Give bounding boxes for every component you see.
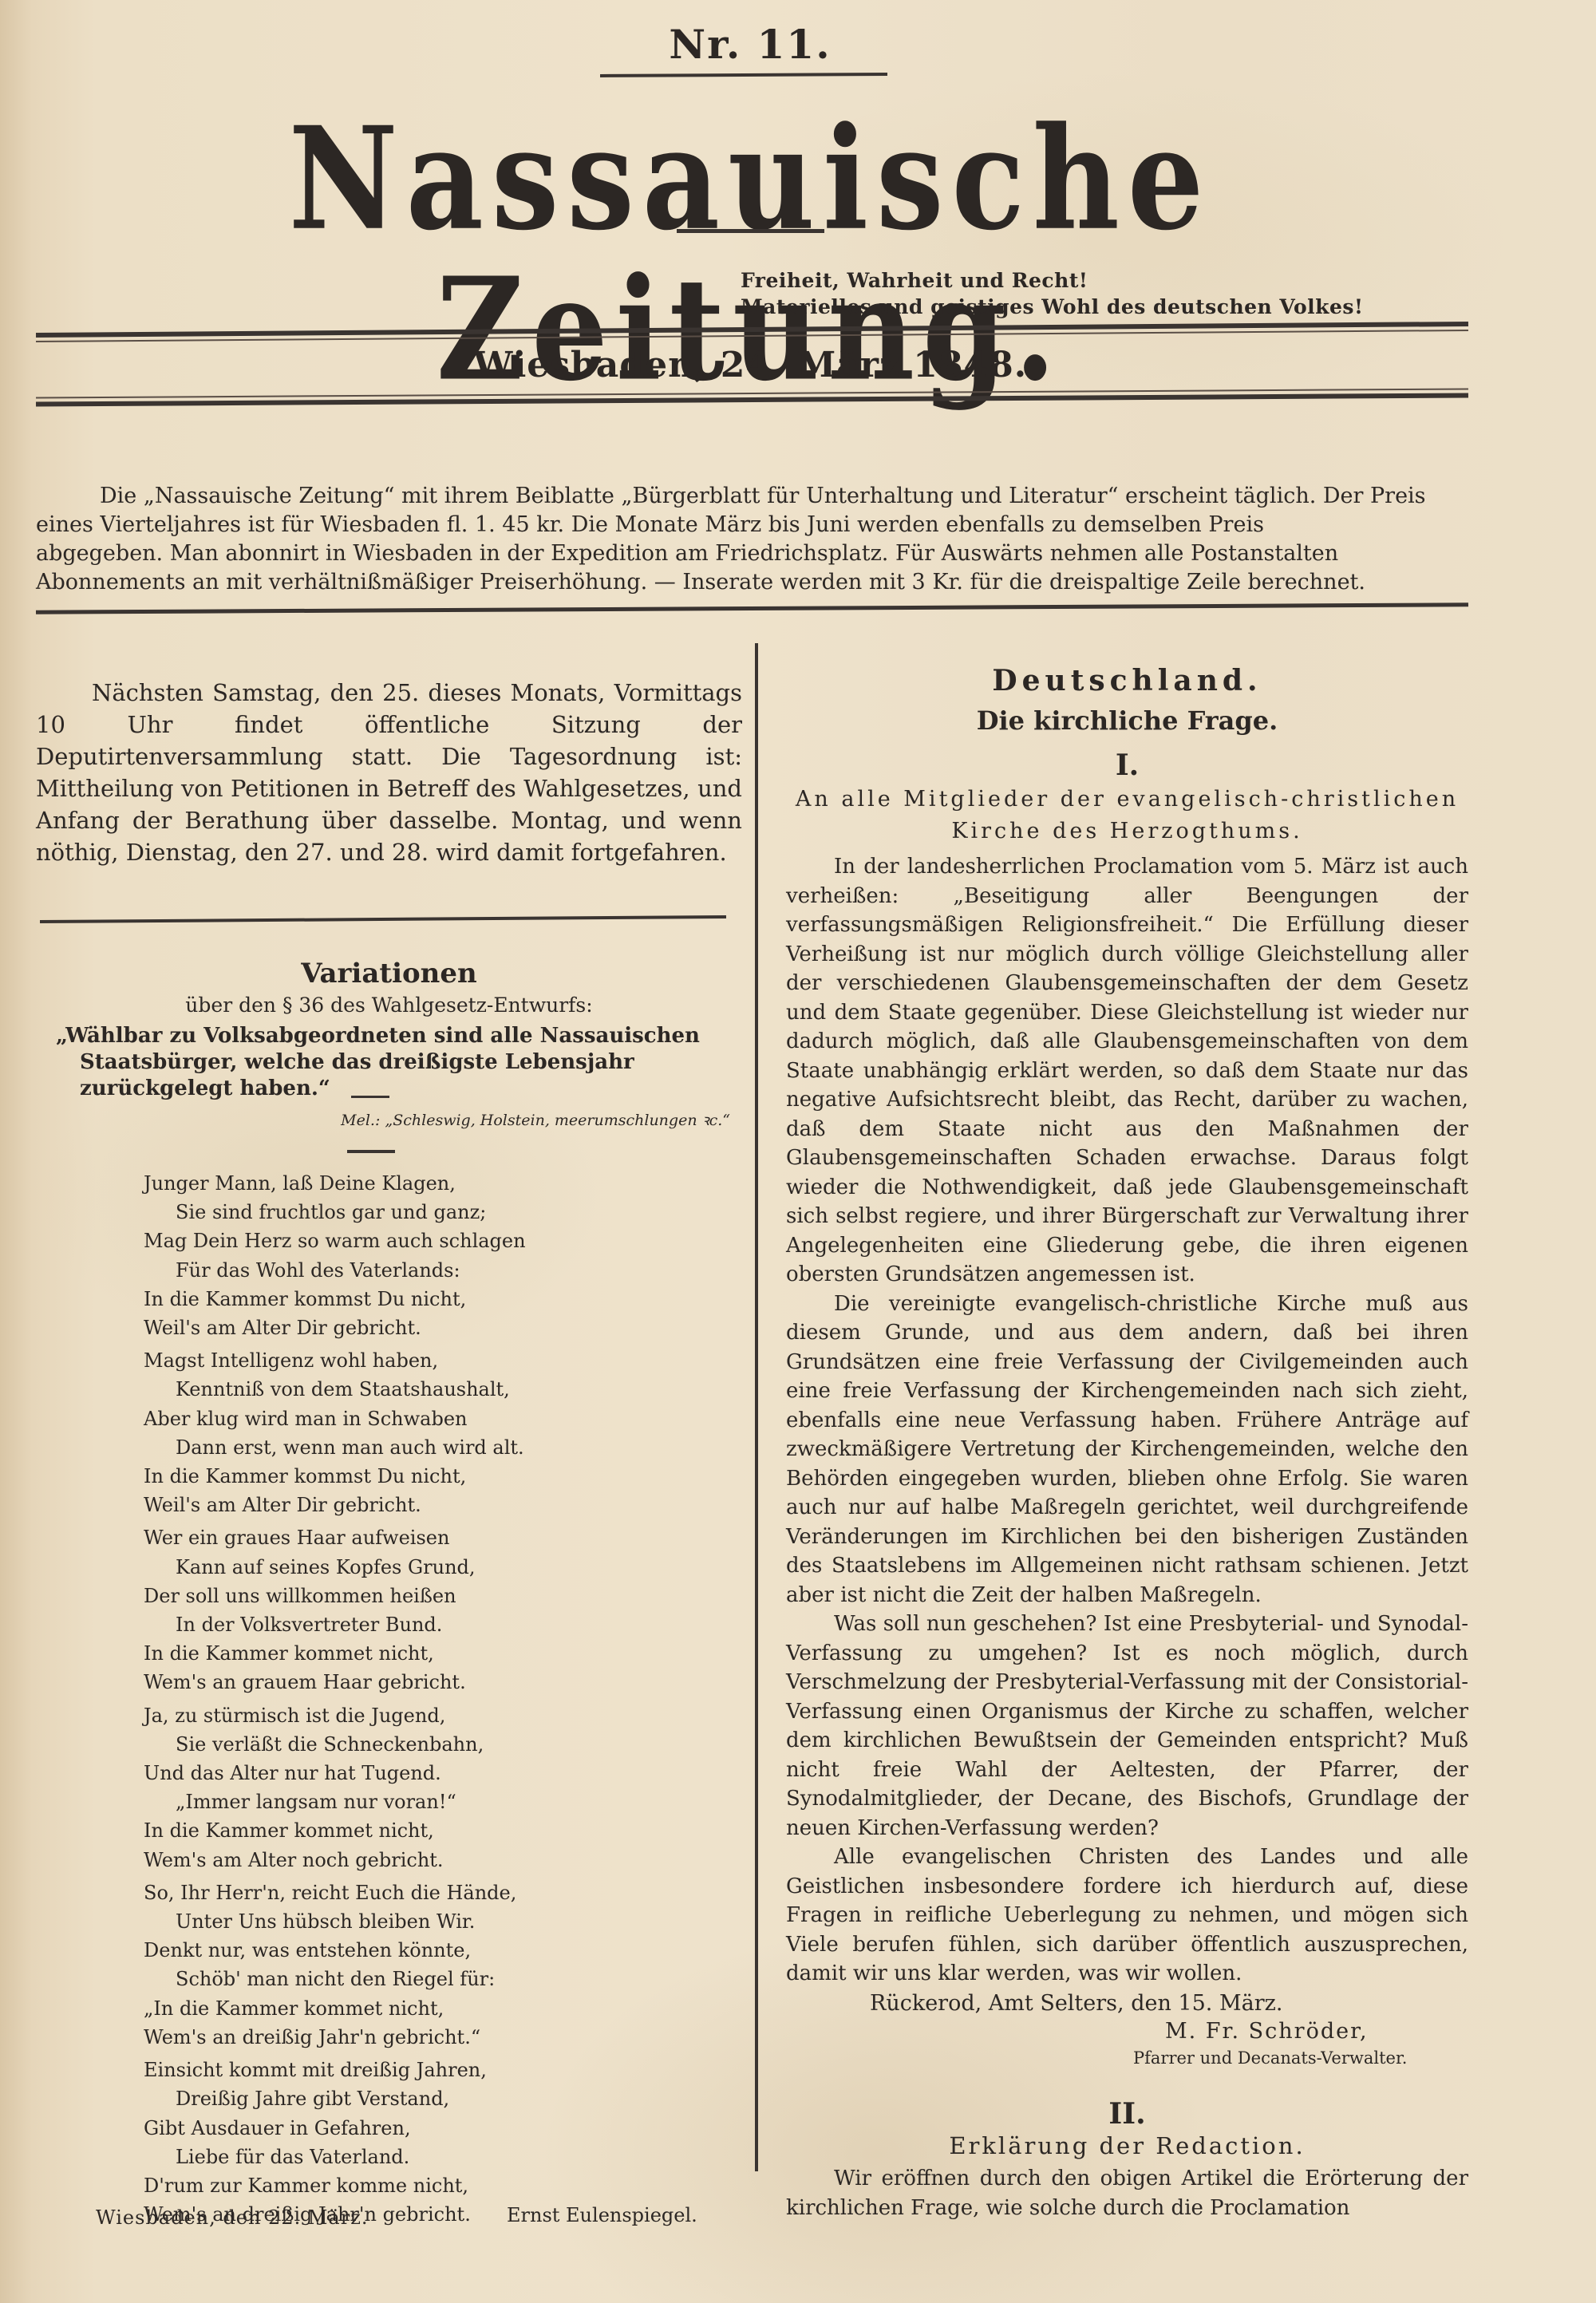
part-two-paragraph: Wir eröffnen durch den obigen Artikel di… (786, 2164, 1468, 2223)
article-paragraph: Die vereinigte evangelisch-christliche K… (786, 1290, 1468, 1610)
issue-rule (600, 73, 887, 77)
quote-divider (351, 1096, 389, 1098)
subscription-line: eines Vierteljahres ist für Wiesbaden fl… (36, 511, 1468, 539)
poem-line: Dann erst, wenn man auch wird alt. (144, 1433, 702, 1462)
part-two-body: Wir eröffnen durch den obigen Artikel di… (786, 2164, 1468, 2223)
poem-line: In der Volksvertreter Bund. (144, 1610, 702, 1639)
poem-divider (347, 1150, 395, 1153)
article-paragraph: In der landesherrlichen Proclamation vom… (786, 852, 1468, 1290)
poem-line: In die Kammer kommst Du nicht, (144, 1285, 702, 1313)
poem: Junger Mann, laß Deine Klagen, Sie sind … (144, 1169, 702, 2233)
variationen-title: Variationen (36, 958, 742, 990)
poem-line: Der soll uns willkommen heißen (144, 1582, 702, 1610)
section-heading: Deutschland. (786, 664, 1468, 697)
poem-line: Wem's an grauem Haar gebricht. (144, 1668, 702, 1697)
poem-line: Für das Wohl des Vaterlands: (144, 1256, 702, 1285)
poem-line: Weil's am Alter Dir gebricht. (144, 1313, 702, 1342)
poem-line: In die Kammer kommet nicht, (144, 1816, 702, 1845)
poem-line: In die Kammer kommst Du nicht, (144, 1462, 702, 1491)
poem-stanza: Magst Intelligenz wohl haben, Kenntniß v… (144, 1346, 702, 1519)
poem-line: Dreißig Jahre gibt Verstand, (144, 2084, 702, 2113)
column-divider (755, 643, 758, 2171)
subscription-line: Abonnements an mit verhältnißmäßiger Pre… (36, 568, 1468, 597)
poem-line: Wem's am Alter noch gebricht. (144, 1846, 702, 1874)
poem-line: Wem's an dreißig Jahr'n gebricht.“ (144, 2023, 702, 2052)
subscription-bottom-rule (36, 602, 1468, 614)
address-heading: An alle Mitglieder der evangelisch-chris… (786, 784, 1468, 847)
part-two-numeral: II. (786, 2097, 1468, 2131)
part-one-numeral: I. (786, 749, 1468, 782)
dateline: Wiesbaden, 24. März 1848. (0, 345, 1500, 385)
address-line-1: An alle Mitglieder der evangelisch-chris… (786, 784, 1468, 816)
masthead-divider (677, 229, 824, 233)
subscription-line: abgegeben. Man abonnirt in Wiesbaden in … (36, 539, 1468, 568)
article-paragraph: Alle evangelischen Christen des Landes u… (786, 1843, 1468, 1989)
session-notice: Nächsten Samstag, den 25. dieses Monats,… (36, 677, 742, 868)
melody-note: Mel.: „Schleswig, Holstein, meerumschlun… (319, 1109, 730, 1130)
poem-line: Wer ein graues Haar aufweisen (144, 1523, 702, 1552)
poem-line: Kenntniß von dem Staatshaushalt, (144, 1375, 702, 1404)
poem-line: „In die Kammer kommet nicht, (144, 1994, 702, 2023)
poem-line: Unter Uns hübsch bleiben Wir. (144, 1907, 702, 1936)
poem-line: Kann auf seines Kopfes Grund, (144, 1553, 702, 1582)
poem-author: Ernst Eulenspiegel. (507, 2204, 697, 2226)
session-notice-text: Nächsten Samstag, den 25. dieses Monats,… (36, 677, 742, 868)
poem-line: Denkt nur, was entstehen könnte, (144, 1936, 702, 1965)
issue-number: Nr. 11. (0, 21, 1500, 68)
poem-line: Gibt Ausdauer in Gefahren, (144, 2114, 702, 2143)
motto-line-1: Freiheit, Wahrheit und Recht! (741, 269, 1459, 292)
subscription-line: Die „Nassauische Zeitung“ mit ihrem Beib… (36, 482, 1468, 511)
poem-line: Sie sind fruchtlos gar und ganz; (144, 1198, 702, 1227)
poem-line: Mag Dein Herz so warm auch schlagen (144, 1227, 702, 1255)
address-line-2: Kirche des Herzogthums. (786, 816, 1468, 847)
poem-place-date: Wiesbaden, den 22. März. (96, 2206, 368, 2229)
poem-stanza: Wer ein graues Haar aufweisen Kann auf s… (144, 1523, 702, 1697)
poem-line: Ja, zu stürmisch ist die Jugend, (144, 1701, 702, 1730)
poem-line: Junger Mann, laß Deine Klagen, (144, 1169, 702, 1198)
article-body: In der landesherrlichen Proclamation vom… (786, 852, 1468, 1989)
subscription-notice: Die „Nassauische Zeitung“ mit ihrem Beib… (36, 482, 1468, 597)
poem-line: Sie verläßt die Schneckenbahn, (144, 1730, 702, 1759)
motto-line-2: Materielles und geistiges Wohl des deuts… (741, 295, 1459, 318)
poem-line: Weil's am Alter Dir gebricht. (144, 1491, 702, 1519)
poem-line: Liebe für das Vaterland. (144, 2143, 702, 2171)
poem-stanza: Junger Mann, laß Deine Klagen, Sie sind … (144, 1169, 702, 1342)
poem-stanza: So, Ihr Herr'n, reicht Euch die Hände, U… (144, 1878, 702, 2052)
article-headline: Die kirchliche Frage. (786, 705, 1468, 736)
article-place-date: Rückerod, Amt Selters, den 15. März. (870, 1991, 1282, 2016)
poem-line: Aber klug wird man in Schwaben (144, 1404, 702, 1433)
poem-line: Schöb' man nicht den Riegel für: (144, 1965, 702, 1993)
poem-stanza: Einsicht kommt mit dreißig Jahren, Dreiß… (144, 2056, 702, 2229)
variationen-quote-text: „Wählbar zu Volksabgeordneten sind alle … (56, 1023, 726, 1102)
article-paragraph: Was soll nun geschehen? Ist eine Presbyt… (786, 1610, 1468, 1843)
notice-rule (40, 915, 726, 923)
variationen-quote: „Wählbar zu Volksabgeordneten sind alle … (56, 1023, 726, 1102)
poem-line: Einsicht kommt mit dreißig Jahren, (144, 2056, 702, 2084)
poem-line: So, Ihr Herr'n, reicht Euch die Hände, (144, 1878, 702, 1907)
poem-line: Und das Alter nur hat Tugend. (144, 1759, 702, 1787)
variationen-subtitle: über den § 36 des Wahlgesetz-Entwurfs: (36, 993, 742, 1017)
signature-name: M. Fr. Schröder, (1165, 2019, 1369, 2044)
poem-line: „Immer langsam nur voran!“ (144, 1787, 702, 1816)
poem-line: In die Kammer kommet nicht, (144, 1639, 702, 1668)
poem-line: Magst Intelligenz wohl haben, (144, 1346, 702, 1375)
poem-line: D'rum zur Kammer komme nicht, (144, 2171, 702, 2200)
poem-stanza: Ja, zu stürmisch ist die Jugend, Sie ver… (144, 1701, 702, 1874)
signature-title: Pfarrer und Decanats-Verwalter. (1133, 2048, 1407, 2068)
part-two-heading: Erklärung der Redaction. (786, 2132, 1468, 2159)
